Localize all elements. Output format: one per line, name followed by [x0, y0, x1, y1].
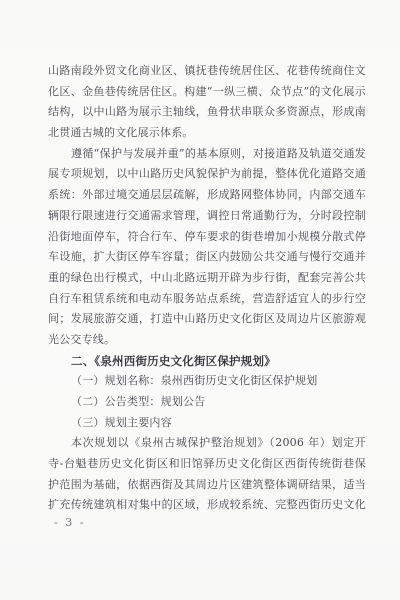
text-line: 辆限行限速进行交通需求管理，调控日常通勤行为，分时段控制 [48, 206, 366, 227]
text-line: 山路南段外贸文化商业区、镇抚巷传统居住区、花巷传统商住文 [48, 61, 366, 82]
text-line: 护范围为基础，依据西街及其周边片区建筑整体调研结果，适当 [48, 475, 366, 496]
text-line: 化区、金鱼巷传统居住区。构建“一纵三横、众节点”的文化展示 [48, 82, 366, 103]
scanned-document-page: 山路南段外贸文化商业区、镇抚巷传统居住区、花巷传统商住文 化区、金鱼巷传统居住区… [0, 0, 400, 600]
page-number: - 3 - [54, 513, 85, 534]
text-line: 沿街地面停车，符合行车、停车要求的街巷增加小规模分散式停 [48, 227, 366, 248]
list-item-main-content: （三）规划主要内容 [48, 413, 366, 434]
section-heading: 二、《泉州西街历史文化街区保护规划》 [48, 351, 366, 372]
text-line: 间；发展旅游交通，打造中山路历史文化街区及周边片区旅游观 [48, 309, 366, 330]
text-line: 扩充传统建筑相对集中的区域，形成较系统、完整西街历史文化 [48, 495, 366, 516]
text-line: 北贯通古城的文化展示体系。 [48, 123, 366, 144]
text-line: 结构，以中山路为展示主轴线，鱼骨状串联众多资源点，形成南 [48, 102, 366, 123]
text-line: 光公交专线。 [48, 330, 366, 351]
list-item-plan-name: （一）规划名称：泉州西街历史文化街区保护规划 [48, 371, 366, 392]
text-line: 车设施，扩大街区停车容量；街区内鼓励公共交通与慢行交通并 [48, 247, 366, 268]
document-body: 山路南段外贸文化商业区、镇抚巷传统居住区、花巷传统商住文 化区、金鱼巷传统居住区… [48, 61, 366, 516]
text-line: 遵循“保护与发展并重”的基本原则，对接道路及轨道交通发 [48, 144, 366, 165]
list-item-notice-type: （二）公告类型：规划公告 [48, 392, 366, 413]
text-line: 本次规划以《泉州古城保护整治规划》（2006 年）划定开元 [48, 433, 366, 454]
text-line: 寺-台魁巷历史文化街区和旧馆驿历史文化街区西街传统街巷保 [48, 454, 366, 475]
text-line: 展专项规划，以中山路历史风貌保护为前提，整体优化道路交通 [48, 164, 366, 185]
text-line: 重的绿色出行模式，中山北路远期开辟为步行街，配套完善公共 [48, 268, 366, 289]
text-line: 自行车租赁系统和电动车服务站点系统，营造舒适宜人的步行空 [48, 289, 366, 310]
text-line: 系统：外部过境交通层层疏解，形成路网整体协同，内部交通车 [48, 185, 366, 206]
